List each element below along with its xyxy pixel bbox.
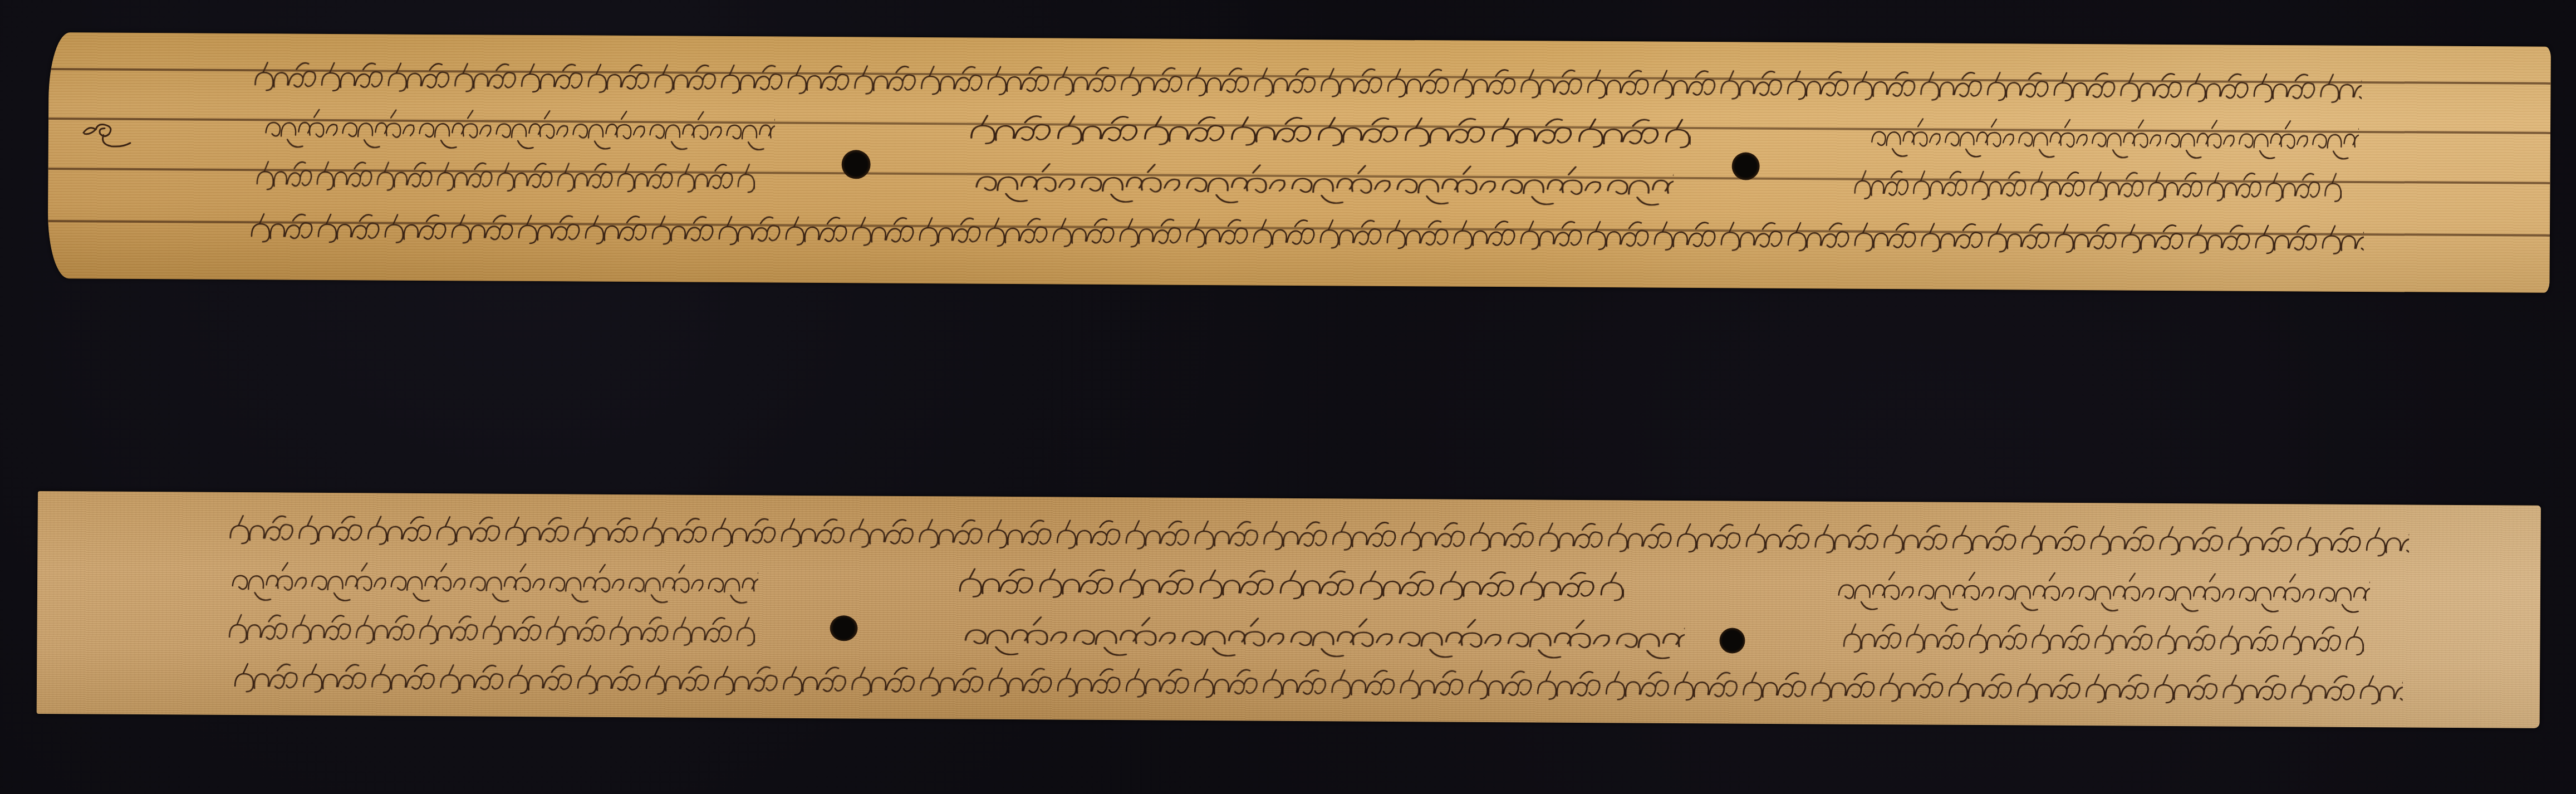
palm-leaf-folio-top: ခဲ ဝဒ္ဒိကၼံသော ဖုဒ္ဓ ဟျုံ ဣ ဗြိက ယ်ာ ယူ်… <box>47 32 2550 293</box>
script-line-2-right: ဝ ဒ္ဒိ ယျု ဂေဟ် ဃ္ဂ ငြှိ ယ္ဂော ဟ်ာ ဒြုဗ်… <box>1869 114 2359 167</box>
string-hole-left <box>830 615 857 641</box>
script-line-3-left: ဂဂ ဟ္ဂ ဗ် ဝိ ဒ္ဒ ဂ ဗျို ဍ္ဂ ပ ဍ္ဆာ ဝ ဒ္ဒ… <box>226 608 755 661</box>
script-line-3-middle: သုဗ်ြ ဂဂ ဓဲ ဂံ ဖျုံက ... <box>972 159 1674 213</box>
script-line-3-right: ဒ္ဒိ ဗ္ဗိ ဗြ ဓဲ ... ဂ ဗ္ဗ <box>1841 617 2364 670</box>
script-line-3-middle: ဒ ယျု ဏျု ဒ္ဒ ဂံ ဗိယ ... <box>961 612 1685 666</box>
folio-number-glyph-icon <box>79 115 135 149</box>
script-line-2-left: ယ္ဍ်ဟ် ဒိ ဗျုံ ကြံ ဗ္ဗ ဂံ ဏိ ဍ္ဆံ ... ဗျ… <box>229 558 759 611</box>
string-hole-right <box>1719 628 1745 653</box>
script-line-2-left: ဏ္ဍ၊ ဒိ ဃျုံ နံက္ကိ ဝိယ် ဂုဗ်ရ ဒ ဘာဝ ဗဲ္… <box>263 105 776 158</box>
string-hole-left <box>842 150 871 179</box>
folio-number: ခဲ <box>79 115 135 149</box>
palm-leaf-folio-bottom: ဒြိဝ္ဂ လျုံ ဂဒ္ဒ ယုံ ဗေ ဂဂမ သွံ ဂံ ဏိဂိ … <box>37 491 2541 728</box>
script-line-3-left: ဍ္ဍံဍ္ဒိ ဝံ ယျုံက ၐ္ဂ ဂဂမ ဍ္ဂ ဂဂ ဟ္ဂ ဗ်ြ… <box>254 155 755 208</box>
string-hole-right <box>1732 152 1760 180</box>
script-line-2-middle: သုဓ္ဓိ ငြှိ ယ္ဂောဝ်ဟ်ာ ဒြုဗ် ဟု်က္ဍ ပ ဍ္… <box>967 109 1691 163</box>
script-line-2-right: ဗ္ဗိ ဂံ ဍ္ဆိုဝ် ... ယျှဉ် ဒ္ဒိ <box>1836 567 2371 621</box>
script-line-3-right: ငြှိ ယ္ဂော ဗ္ဗိ ဂဂ ဓဲ ... <box>1852 164 2342 217</box>
script-line-2-middle: ဗ် ဍ္ဂ ဂ ဗ ဝိ ဗျုံ ပံ ... <box>956 562 1624 616</box>
